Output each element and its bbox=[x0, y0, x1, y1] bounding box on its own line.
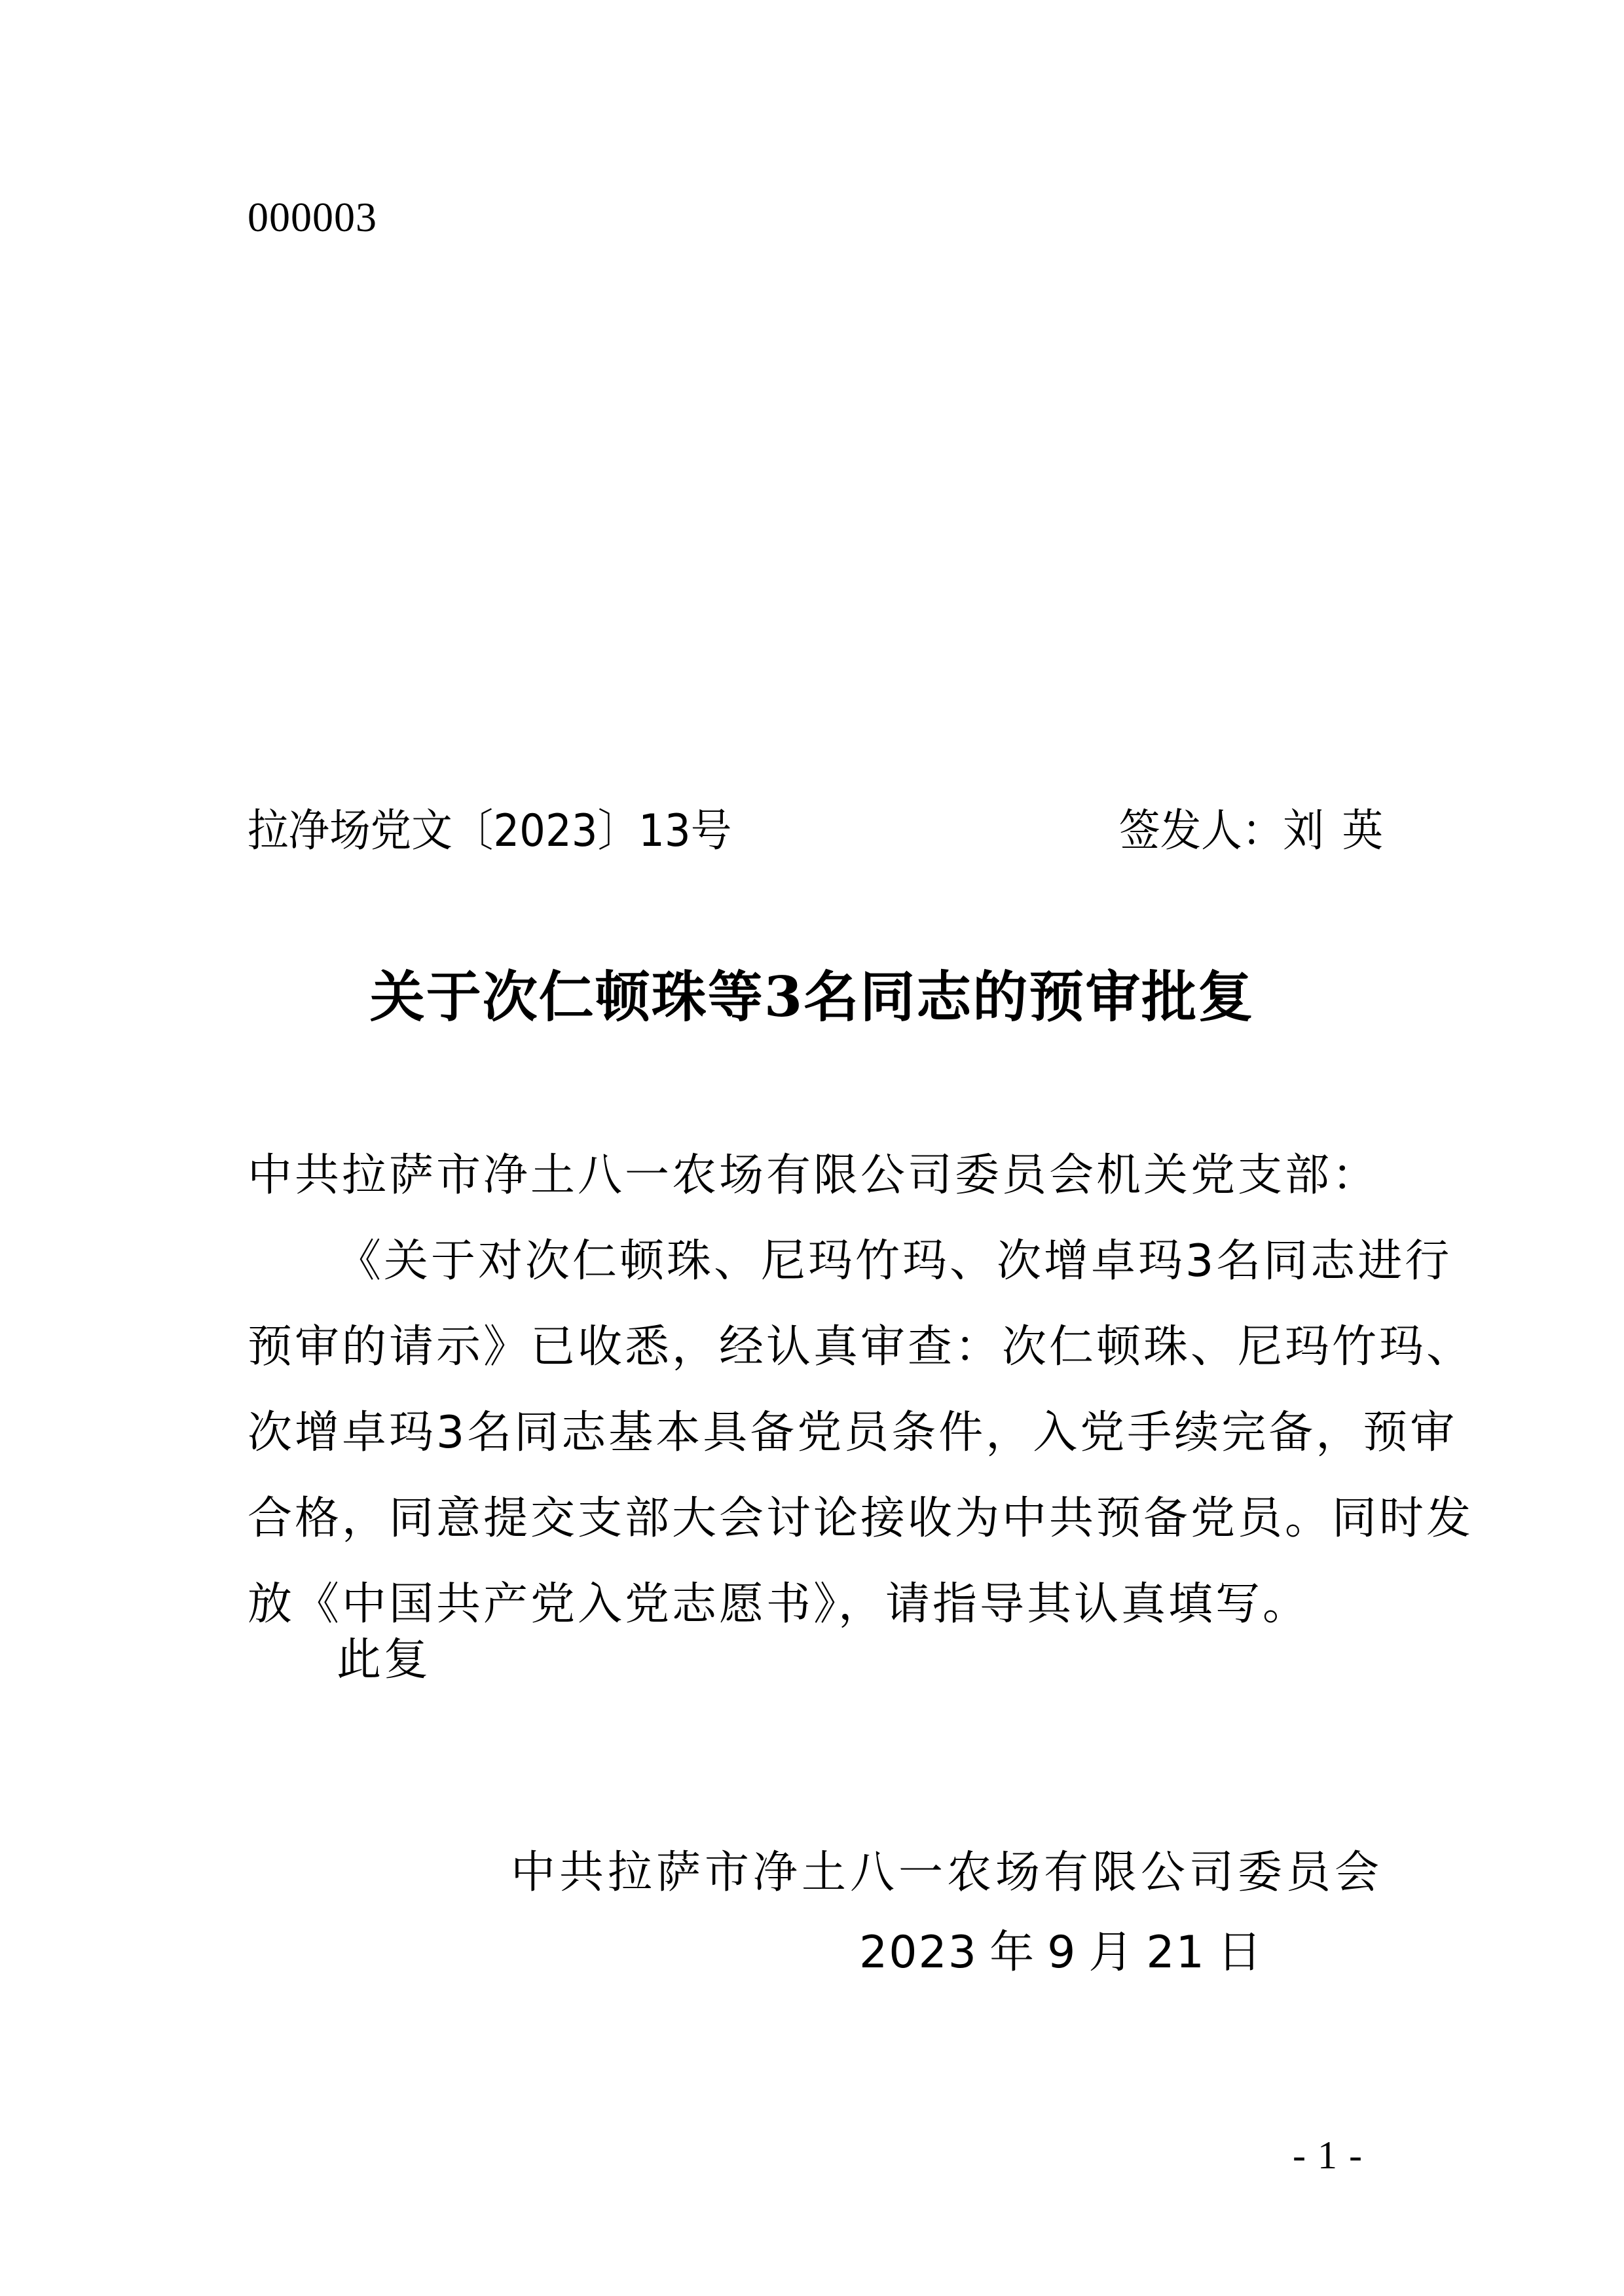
document-header-line: 拉净场党文〔2023〕13号 签发人：刘英 bbox=[248, 799, 1383, 864]
document-page: 000003 拉净场党文〔2023〕13号 签发人：刘英 关于次仁顿珠等3名同志… bbox=[0, 0, 1624, 2296]
date-month-label: 月 bbox=[1088, 1927, 1134, 1978]
document-number: 拉净场党文〔2023〕13号 bbox=[248, 799, 731, 864]
signer-label: 签发人： bbox=[1119, 805, 1283, 857]
signature-date: 2023年9月21日 bbox=[859, 1917, 1275, 1989]
page-number-dash-right: - bbox=[1349, 2129, 1362, 2181]
document-body: 中共拉萨市净土八一农场有限公司委员会机关党支部： 《关于对次仁顿珠、尼玛竹玛、次… bbox=[248, 1133, 1383, 1647]
date-day-label: 日 bbox=[1217, 1927, 1263, 1978]
signer: 签发人：刘英 bbox=[1119, 799, 1383, 864]
date-month: 9 bbox=[1047, 1927, 1077, 1978]
date-day: 21 bbox=[1146, 1927, 1206, 1978]
date-year-label: 年 bbox=[989, 1927, 1035, 1978]
date-year: 2023 bbox=[859, 1927, 978, 1978]
document-title: 关于次仁顿珠等3名同志的预审批复 bbox=[0, 961, 1624, 1033]
page-number-dash-left: - bbox=[1293, 2129, 1306, 2181]
page-number: -1- bbox=[1281, 2129, 1374, 2181]
body-line-2: 预审的请示》已收悉，经认真审查：次仁顿珠、尼玛竹玛、 bbox=[248, 1304, 1383, 1390]
serial-number: 000003 bbox=[248, 191, 377, 244]
body-line-1: 《关于对次仁顿珠、尼玛竹玛、次增卓玛3名同志进行 bbox=[248, 1218, 1383, 1304]
page-number-value: 1 bbox=[1318, 2134, 1337, 2177]
signature-organization: 中共拉萨市净土八一农场有限公司委员会 bbox=[511, 1837, 1383, 1909]
signer-name: 刘英 bbox=[1283, 805, 1401, 857]
closing-remark: 此复 bbox=[248, 1617, 431, 1703]
body-line-4: 合格，同意提交支部大会讨论接收为中共预备党员。同时发 bbox=[248, 1476, 1383, 1561]
salutation: 中共拉萨市净土八一农场有限公司委员会机关党支部： bbox=[248, 1133, 1383, 1218]
body-line-3: 次增卓玛3名同志基本具备党员条件，入党手续完备，预审 bbox=[248, 1390, 1383, 1476]
